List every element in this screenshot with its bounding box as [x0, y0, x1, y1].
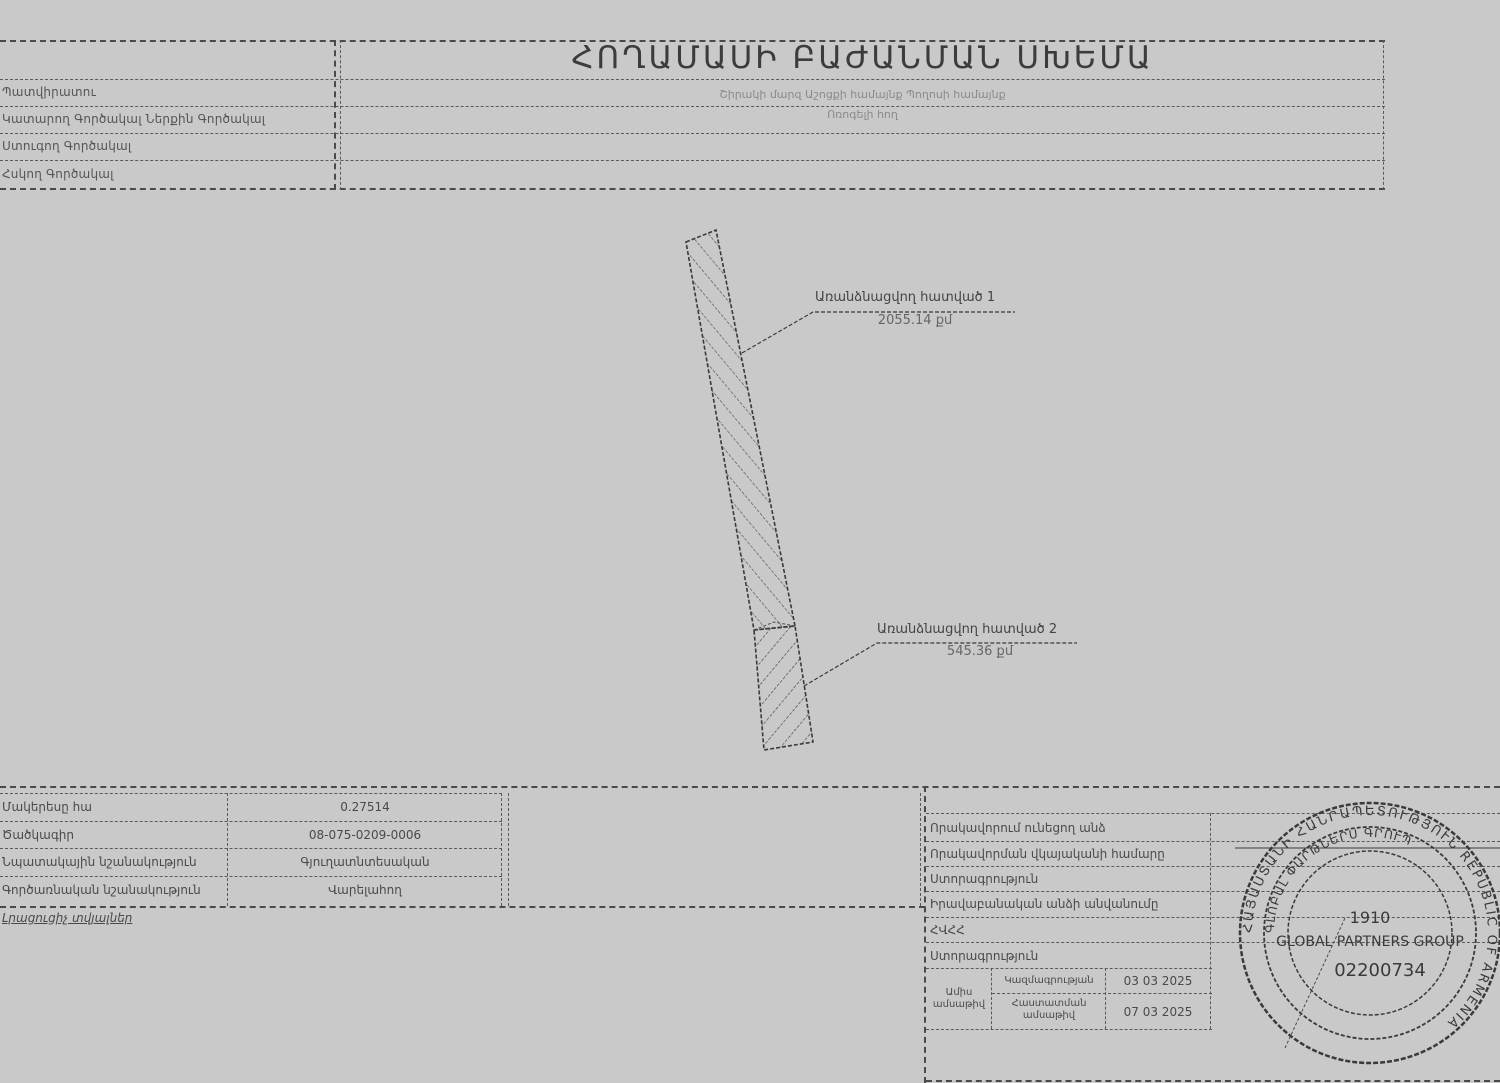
panel-border	[920, 793, 921, 906]
table-row: Ծածկագիր 08-075-0209-0006	[0, 822, 502, 850]
approval-date-label: Հաստատման ամսաթիվ	[994, 998, 1104, 1022]
stamp-year: 1910	[1350, 908, 1391, 927]
certificate-number-label: Որակավորման վկայականի համարը	[930, 847, 1165, 861]
purpose-value: Գյուղատնտեսական	[228, 855, 502, 869]
footer-top-border	[0, 786, 1500, 788]
table-row: Մակերեսը հա 0.27514	[0, 794, 502, 822]
table-row: Գործառնական նշանակություն Վարելահող	[0, 877, 502, 905]
parcel-1-label: Առանձնացվող հատված 1	[815, 290, 995, 305]
function-value: Վարելահող	[228, 883, 502, 897]
company-stamp: ՀԱՅԱՍՏԱՆԻ ՀԱՆՐԱՊԵՏՈՒԹՅՈՒՆ REPUBLIC OF AR…	[1235, 798, 1500, 1068]
stamp-registration: 02200734	[1334, 960, 1426, 981]
approval-column-divider	[1210, 813, 1211, 1029]
legal-entity-label: Իրավաբանական անձի անվանումը	[930, 897, 1158, 911]
code-label: Ծածկագիր	[2, 828, 74, 842]
additional-data-note: Լրացուցիչ տվյալներ	[2, 911, 132, 925]
stamp-company-name: GLOBAL PARTNERS GROUP	[1276, 934, 1464, 950]
approval-date-value: 07 03 2025	[1108, 1005, 1208, 1019]
signature-label: Ստորագրություն	[930, 872, 1038, 886]
parcel-2-shape	[754, 626, 813, 750]
code-value: 08-075-0209-0006	[228, 828, 502, 842]
approval-bottom-border	[926, 1080, 1500, 1082]
parcel-2-label: Առանձնացվող հատված 2	[877, 622, 1057, 637]
panel-border	[508, 793, 509, 906]
parcel-2-area: 545.36 քմ	[900, 644, 1060, 659]
purpose-label: Նպատակային նշանակություն	[2, 855, 197, 869]
compiled-date-label: Կազմագրության	[994, 975, 1104, 987]
parcel-1-shape	[686, 230, 795, 630]
qualified-person-label: Որակավորում ունեցող անձ	[930, 821, 1106, 835]
approval-divider	[926, 1029, 1212, 1030]
approval-divider	[926, 968, 1212, 969]
signature-2-label: Ստորագրություն	[930, 949, 1038, 963]
function-label: Գործառնական նշանակություն	[2, 883, 201, 897]
tax-id-label: ՀՎՀՀ	[930, 923, 965, 937]
area-label: Մակերեսը հա	[2, 800, 92, 814]
area-value: 0.27514	[228, 800, 502, 814]
approval-left-border	[924, 786, 926, 1083]
date-column-divider	[991, 968, 992, 1029]
date-column-divider	[1105, 968, 1106, 1029]
date-divider	[992, 993, 1212, 994]
compiled-date-value: 03 03 2025	[1108, 974, 1208, 988]
date-group-label: Ամիս ամսաթիվ	[928, 987, 990, 1011]
parcel-1-area: 2055.14 քմ	[835, 313, 995, 328]
table-bottom-border	[0, 906, 925, 908]
table-row: Նպատակային նշանակություն Գյուղատնտեսական	[0, 849, 502, 877]
